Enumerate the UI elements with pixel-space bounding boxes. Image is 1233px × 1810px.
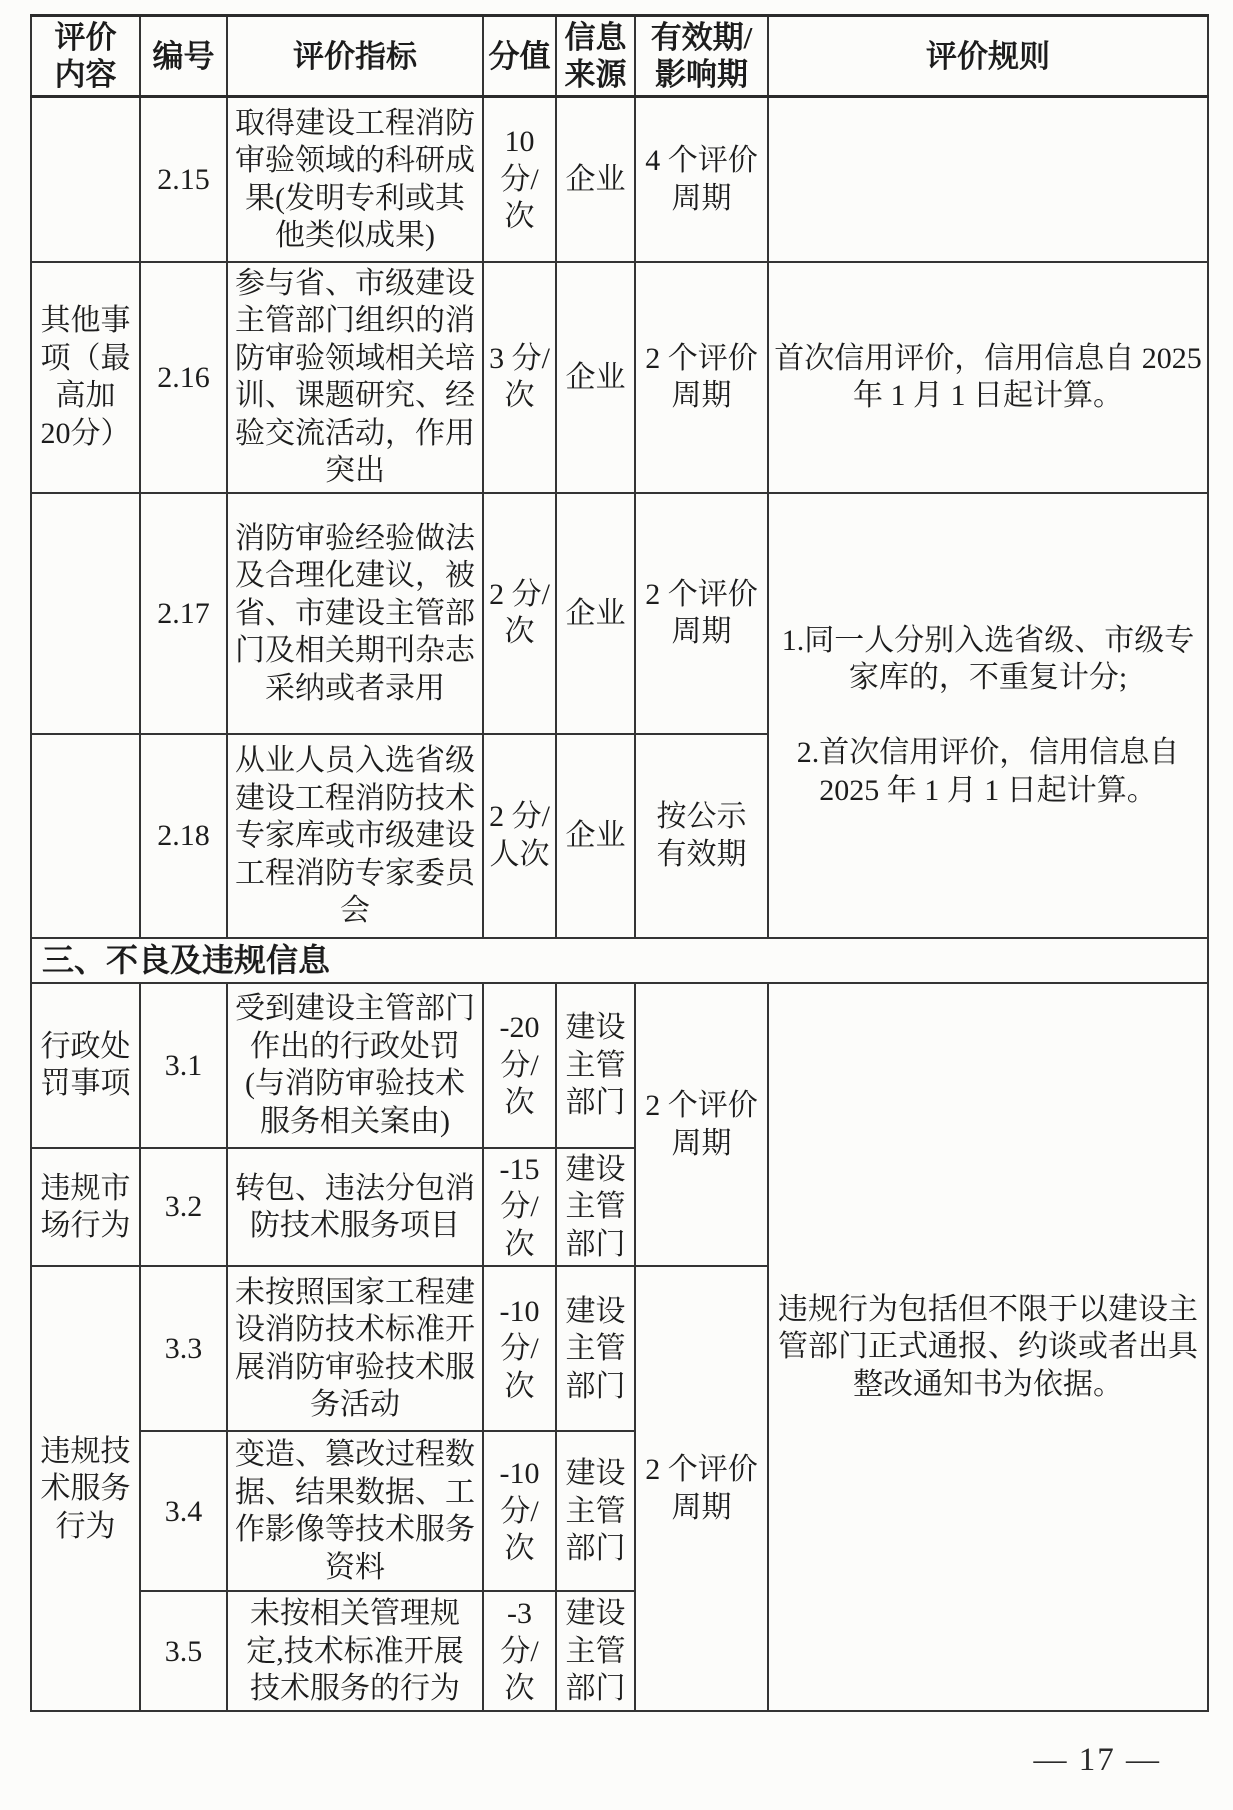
group-admin-penalty: 行政处罚事项 xyxy=(31,983,140,1148)
row-2-15-rule xyxy=(768,97,1208,262)
row-3-5-source: 建设主管部门 xyxy=(556,1591,635,1711)
group-other-items: 其他事 项（最 高加 20分） xyxy=(31,262,140,493)
evaluation-table: 评价 内容 编号 评价指标 分值 信息 来源 有效期/ 影响期 评价规则 2.1… xyxy=(30,14,1209,1712)
header-validity: 有效期/ 影响期 xyxy=(635,16,768,97)
row-2-17-validity: 2 个评价周期 xyxy=(635,493,768,734)
row-3-3-indicator: 未按照国家工程建设消防技术标准开展消防审验技术服务活动 xyxy=(227,1266,483,1431)
validity-merged-3-1-3-2: 2 个评价周期 xyxy=(635,983,768,1267)
document-page: 评价 内容 编号 评价指标 分值 信息 来源 有效期/ 影响期 评价规则 2.1… xyxy=(0,0,1233,1810)
group-market-violation: 违规市 场行为 xyxy=(31,1148,140,1267)
rule-merged-3-1-3-5: 违规行为包括但不限于以建设主管部门正式通报、约谈或者出具整改通知书为依据。 xyxy=(768,983,1208,1712)
header-number: 编号 xyxy=(140,16,227,97)
header-score: 分值 xyxy=(483,16,556,97)
rule-line-1: 1.同一人分别入选省级、市级专家库的，不重复计分; xyxy=(773,622,1203,697)
section-3-title: 三、不良及违规信息 xyxy=(31,938,1208,983)
row-3-4-source: 建设主管部门 xyxy=(556,1431,635,1591)
header-indicator: 评价指标 xyxy=(227,16,483,97)
row-2-16-validity: 2 个评价周期 xyxy=(635,262,768,493)
row-2-16-source: 企业 xyxy=(556,262,635,493)
row-2-17-indicator: 消防审验经验做法及合理化建议，被省、市建设主管部门及相关期刊杂志采纳或者录用 xyxy=(227,493,483,734)
row-2-18-source: 企业 xyxy=(556,734,635,938)
row-3-3-source: 建设主管部门 xyxy=(556,1266,635,1431)
row-2-15-indicator: 取得建设工程消防审验领域的科研成果(发明专利或其他类似成果) xyxy=(227,97,483,262)
row-2-15-validity: 4 个评价周期 xyxy=(635,97,768,262)
row-2-17: 2.17 消防审验经验做法及合理化建议，被省、市建设主管部门及相关期刊杂志采纳或… xyxy=(31,493,1208,734)
row-3-1-score: -20 分/次 xyxy=(483,983,556,1148)
row-3-2-indicator: 转包、违法分包消防技术服务项目 xyxy=(227,1148,483,1267)
row-3-1-source: 建设主管部门 xyxy=(556,983,635,1148)
row-3-4-score: -10 分/次 xyxy=(483,1431,556,1591)
row-2-18-number: 2.18 xyxy=(140,734,227,938)
rule-line-2: 2.首次信用评价，信用信息自 2025 年 1 月 1 日起计算。 xyxy=(773,734,1203,809)
row-2-15-source: 企业 xyxy=(556,97,635,262)
row-2-16: 其他事 项（最 高加 20分） 2.16 参与省、市级建设主管部门组织的消防审验… xyxy=(31,262,1208,493)
row-3-2-number: 3.2 xyxy=(140,1148,227,1267)
rule-merged-2-17-2-18: 1.同一人分别入选省级、市级专家库的，不重复计分; 2.首次信用评价，信用信息自… xyxy=(768,493,1208,938)
row-3-5-indicator: 未按相关管理规定,技术标准开展技术服务的行为 xyxy=(227,1591,483,1711)
row-3-2-source: 建设主管部门 xyxy=(556,1148,635,1267)
group-cell-empty xyxy=(31,493,140,734)
row-2-16-indicator: 参与省、市级建设主管部门组织的消防审验领域相关培训、课题研究、经验交流活动，作用… xyxy=(227,262,483,493)
row-2-15-score: 10分/次 xyxy=(483,97,556,262)
row-2-17-number: 2.17 xyxy=(140,493,227,734)
row-3-5-score: -3 分/次 xyxy=(483,1591,556,1711)
row-3-1-number: 3.1 xyxy=(140,983,227,1148)
row-3-3-score: -10 分/次 xyxy=(483,1266,556,1431)
row-2-16-score: 3 分/次 xyxy=(483,262,556,493)
row-3-2-score: -15 分/次 xyxy=(483,1148,556,1267)
row-2-18-indicator: 从业人员入选省级建设工程消防技术专家库或市级建设工程消防专家委员会 xyxy=(227,734,483,938)
row-2-17-score: 2 分/次 xyxy=(483,493,556,734)
row-2-16-number: 2.16 xyxy=(140,262,227,493)
header-source: 信息 来源 xyxy=(556,16,635,97)
row-3-3-number: 3.3 xyxy=(140,1266,227,1431)
row-2-18-score: 2 分/人次 xyxy=(483,734,556,938)
page-number: — 17 — xyxy=(1034,1742,1162,1779)
row-3-1: 行政处罚事项 3.1 受到建设主管部门作出的行政处罚(与消防审验技术服务相关案由… xyxy=(31,983,1208,1148)
header-rule: 评价规则 xyxy=(768,16,1208,97)
group-cell-empty xyxy=(31,97,140,262)
row-3-4-indicator: 变造、篡改过程数据、结果数据、工作影像等技术服务资料 xyxy=(227,1431,483,1591)
row-2-18-validity: 按公示 有效期 xyxy=(635,734,768,938)
row-3-4-number: 3.4 xyxy=(140,1431,227,1591)
row-2-16-rule: 首次信用评价，信用信息自 2025 年 1 月 1 日起计算。 xyxy=(768,262,1208,493)
row-2-17-source: 企业 xyxy=(556,493,635,734)
header-row: 评价 内容 编号 评价指标 分值 信息 来源 有效期/ 影响期 评价规则 xyxy=(31,16,1208,97)
section-3-header-row: 三、不良及违规信息 xyxy=(31,938,1208,983)
row-3-1-indicator: 受到建设主管部门作出的行政处罚(与消防审验技术服务相关案由) xyxy=(227,983,483,1148)
header-content: 评价 内容 xyxy=(31,16,140,97)
validity-merged-3-3-3-5: 2 个评价周期 xyxy=(635,1266,768,1711)
row-2-15: 2.15 取得建设工程消防审验领域的科研成果(发明专利或其他类似成果) 10分/… xyxy=(31,97,1208,262)
row-2-15-number: 2.15 xyxy=(140,97,227,262)
group-cell-empty xyxy=(31,734,140,938)
row-3-5-number: 3.5 xyxy=(140,1591,227,1711)
group-tech-violation: 违规技 术服务 行为 xyxy=(31,1266,140,1711)
